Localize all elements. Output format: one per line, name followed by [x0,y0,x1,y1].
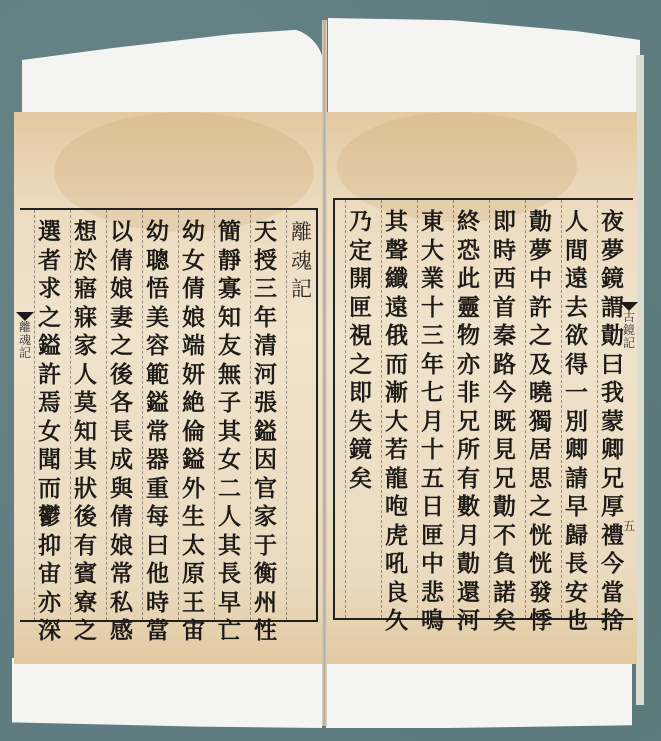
character: 曉 [529,379,552,408]
character: 私 [110,589,133,618]
character: 三 [254,275,277,304]
character: 曰 [146,532,169,561]
character: 幼 [146,218,169,247]
character: 間 [565,237,588,266]
character: 既 [493,408,516,437]
character: 鎰 [254,418,277,447]
character: 倫 [182,418,205,447]
character: 而 [38,475,61,504]
character: 日 [421,493,444,522]
character: 亦 [457,351,480,380]
character: 即 [493,208,516,237]
character: 欲 [565,322,588,351]
character: 三 [421,322,444,351]
character: 聞 [38,446,61,475]
character: 捨 [601,607,624,636]
character: 非 [457,379,480,408]
character: 之 [529,322,552,351]
character: 王 [182,589,205,618]
character: 太 [182,532,205,561]
character: 其 [218,418,241,447]
character: 業 [421,265,444,294]
character: 娘 [110,532,133,561]
character: 秦 [493,322,516,351]
character: 生 [182,503,205,532]
character: 物 [457,322,480,351]
character: 終 [457,208,480,237]
character: 大 [421,237,444,266]
character: 良 [385,579,408,608]
character: 匣 [421,522,444,551]
character: 賓 [74,560,97,589]
wrapper-paper-bottom-left [12,658,322,728]
character: 月 [457,522,480,551]
text-column: 幼女倩娘端妍絶倫鎰外生太原王宙 [178,210,208,620]
character: 倩 [182,275,205,304]
character: 清 [254,332,277,361]
character: 悸 [529,607,552,636]
character: 及 [529,351,552,380]
text-column: 簡靜寡知友無子其女二人其長早亡 [214,210,244,620]
character: 于 [254,532,277,561]
character: 東 [421,208,444,237]
character: 有 [457,465,480,494]
character: 後 [74,503,97,532]
character: 之 [110,332,133,361]
character: 當 [146,617,169,646]
character: 之 [529,493,552,522]
character: 鬱 [38,503,61,532]
character: 夢 [601,237,624,266]
character: 莫 [74,389,97,418]
character: 容 [146,332,169,361]
character: 西 [493,265,516,294]
character: 人 [565,208,588,237]
character: 魂 [291,247,312,276]
character: 中 [421,550,444,579]
character: 因 [254,446,277,475]
character: 鎰 [38,332,61,361]
character: 原 [182,560,205,589]
character: 娘 [182,304,205,333]
character: 張 [254,389,277,418]
character: 友 [218,332,241,361]
text-column: 終恐此靈物亦非兄所有數月勣還河 [453,200,483,618]
character: 靈 [457,294,480,323]
character: 妻 [110,304,133,333]
character: 其 [218,532,241,561]
character: 於 [74,247,97,276]
character: 美 [146,304,169,333]
character: 咆 [385,493,408,522]
character: 後 [110,361,133,390]
character: 年 [254,304,277,333]
text-column: 想於寤寐家人莫知其狀後有賓寮之 [70,210,100,620]
character: 宙 [38,560,61,589]
character: 鎰 [146,389,169,418]
character: 常 [110,560,133,589]
character: 路 [493,351,516,380]
character: 思 [529,465,552,494]
text-column: 勣夢中許之及曉獨居思之恍恍發悸 [525,200,555,618]
text-column: 其聲纖遠俄而漸大若龍咆虎吼良久 [381,200,411,618]
character: 絶 [182,389,205,418]
character: 得 [565,351,588,380]
character: 宙 [182,617,205,646]
character: 記 [291,275,312,304]
character: 請 [565,465,588,494]
character: 遠 [385,294,408,323]
character: 時 [146,589,169,618]
character: 選 [38,218,61,247]
character: 月 [421,408,444,437]
character: 人 [218,503,241,532]
character: 寮 [74,589,97,618]
character: 長 [565,550,588,579]
character: 開 [349,265,372,294]
character: 之 [74,617,97,646]
character: 成 [110,446,133,475]
character: 聲 [385,237,408,266]
character: 七 [421,379,444,408]
right-margin-label: 古鏡記 [623,311,635,350]
character: 河 [457,607,480,636]
character: 無 [218,361,241,390]
text-column: 幼聰悟美容範鎰常器重每曰他時當 [142,210,172,620]
text-column: 以倩娘妻之後各長成與倩娘常私感 [106,210,136,620]
left-text-frame: 離魂記天授三年清河張鎰因官家于衡州性簡靜寡知友無子其女二人其長早亡幼女倩娘端妍絶… [20,208,318,622]
character: 天 [254,218,277,247]
character: 家 [74,332,97,361]
character: 女 [182,247,205,276]
character: 知 [218,304,241,333]
character: 端 [182,332,205,361]
character: 器 [146,446,169,475]
character: 與 [110,475,133,504]
text-column: 人間遠去欲得一別卿請早歸長安也 [561,200,591,618]
character: 大 [385,408,408,437]
character: 龍 [385,465,408,494]
character: 狀 [74,475,97,504]
character: 感 [110,617,133,646]
character: 外 [182,475,205,504]
character: 之 [38,304,61,333]
character: 衡 [254,560,277,589]
character: 而 [385,351,408,380]
character: 歸 [565,522,588,551]
character: 早 [218,589,241,618]
right-page-number: 五 [623,520,635,533]
character: 所 [457,436,480,465]
character: 他 [146,560,169,589]
character: 早 [565,493,588,522]
character: 悟 [146,275,169,304]
character: 兄 [457,408,480,437]
character: 首 [493,294,516,323]
text-column: 天授三年清河張鎰因官家于衡州性 [250,210,280,620]
character: 今 [601,550,624,579]
character: 其 [74,446,97,475]
character: 遠 [565,265,588,294]
character: 女 [218,446,241,475]
character: 鏡 [601,265,624,294]
text-column: 即時西首秦路今既見兄勣不負諾矣 [489,200,519,618]
character: 亡 [218,617,241,646]
character: 俄 [385,322,408,351]
character: 視 [349,322,372,351]
character: 恐 [457,237,480,266]
character: 安 [565,579,588,608]
right-text-frame: 夜夢鏡謂勣曰我蒙卿兄厚禮今當捨人間遠去欲得一別卿請早歸長安也勣夢中許之及曉獨居思… [333,198,633,620]
character: 長 [110,418,133,447]
character: 鏡 [349,436,372,465]
character: 之 [349,351,372,380]
character: 數 [457,493,480,522]
character: 當 [601,579,624,608]
character: 夜 [601,208,624,237]
character: 定 [349,237,372,266]
character: 娘 [110,275,133,304]
character: 時 [493,237,516,266]
character: 見 [493,436,516,465]
character: 吼 [385,550,408,579]
character: 久 [385,607,408,636]
character: 一 [565,379,588,408]
character: 卿 [565,436,588,465]
character: 乃 [349,208,372,237]
character: 獨 [529,408,552,437]
character: 聰 [146,247,169,276]
left-margin-label: 離魂記 [19,321,31,360]
left-margin-banxin: 離魂記 [16,312,34,360]
character: 子 [218,389,241,418]
character: 若 [385,436,408,465]
character: 知 [74,418,97,447]
character: 寤 [74,275,97,304]
character: 勣 [493,493,516,522]
character: 今 [493,379,516,408]
character: 恍 [529,522,552,551]
character: 長 [218,560,241,589]
character: 求 [38,275,61,304]
character: 幼 [182,218,205,247]
character: 匣 [349,294,372,323]
character: 勣 [457,550,480,579]
character: 有 [74,532,97,561]
character: 倩 [110,247,133,276]
character: 矣 [493,607,516,636]
character: 寡 [218,275,241,304]
character: 範 [146,361,169,390]
character: 即 [349,379,372,408]
character: 五 [421,465,444,494]
character: 人 [74,361,97,390]
character: 二 [218,475,241,504]
character: 寐 [74,304,97,333]
character: 別 [565,408,588,437]
character: 各 [110,389,133,418]
character: 許 [38,361,61,390]
character: 亦 [38,589,61,618]
character: 纖 [385,265,408,294]
character: 深 [38,617,61,646]
character: 靜 [218,247,241,276]
character: 州 [254,589,277,618]
character: 授 [254,247,277,276]
character: 離 [291,218,312,247]
character: 河 [254,361,277,390]
character: 官 [254,475,277,504]
character: 不 [493,522,516,551]
character: 去 [565,294,588,323]
character: 簡 [218,218,241,247]
character: 勣 [529,208,552,237]
character: 倩 [110,503,133,532]
character: 十 [421,294,444,323]
character: 家 [254,503,277,532]
character: 鳴 [421,607,444,636]
character: 矣 [349,465,372,494]
chapter-title-column: 離魂記 [286,210,316,620]
character: 重 [146,475,169,504]
character: 妍 [182,361,205,390]
character: 恍 [529,550,552,579]
character: 許 [529,294,552,323]
character: 夢 [529,237,552,266]
right-margin-banxin: 古鏡記 五 [620,302,638,533]
wrapper-paper-bottom-right [326,658,632,728]
character: 以 [110,218,133,247]
character: 常 [146,418,169,447]
text-column: 乃定開匣視之即失鏡矣 [345,200,375,618]
character: 每 [146,503,169,532]
character: 悲 [421,579,444,608]
character: 虎 [385,522,408,551]
character: 想 [74,218,97,247]
character: 還 [457,579,480,608]
character: 年 [421,351,444,380]
character: 中 [529,265,552,294]
character: 漸 [385,379,408,408]
character: 其 [385,208,408,237]
character: 居 [529,436,552,465]
character: 諾 [493,579,516,608]
character: 十 [421,436,444,465]
spine-gutter [322,20,327,726]
character: 女 [38,418,61,447]
character: 發 [529,579,552,608]
text-column: 選者求之鎰許焉女聞而鬱抑宙亦深 [34,210,64,620]
character: 也 [565,607,588,636]
open-book: 離魂記天授三年清河張鎰因官家于衡州性簡靜寡知友無子其女二人其長早亡幼女倩娘端妍絶… [0,0,661,741]
character: 性 [254,617,277,646]
character: 焉 [38,389,61,418]
character: 兄 [493,465,516,494]
character: 者 [38,247,61,276]
character: 失 [349,408,372,437]
character: 抑 [38,532,61,561]
text-column: 東大業十三年七月十五日匣中悲鳴 [417,200,447,618]
character: 此 [457,265,480,294]
character: 負 [493,550,516,579]
character: 鎰 [182,446,205,475]
